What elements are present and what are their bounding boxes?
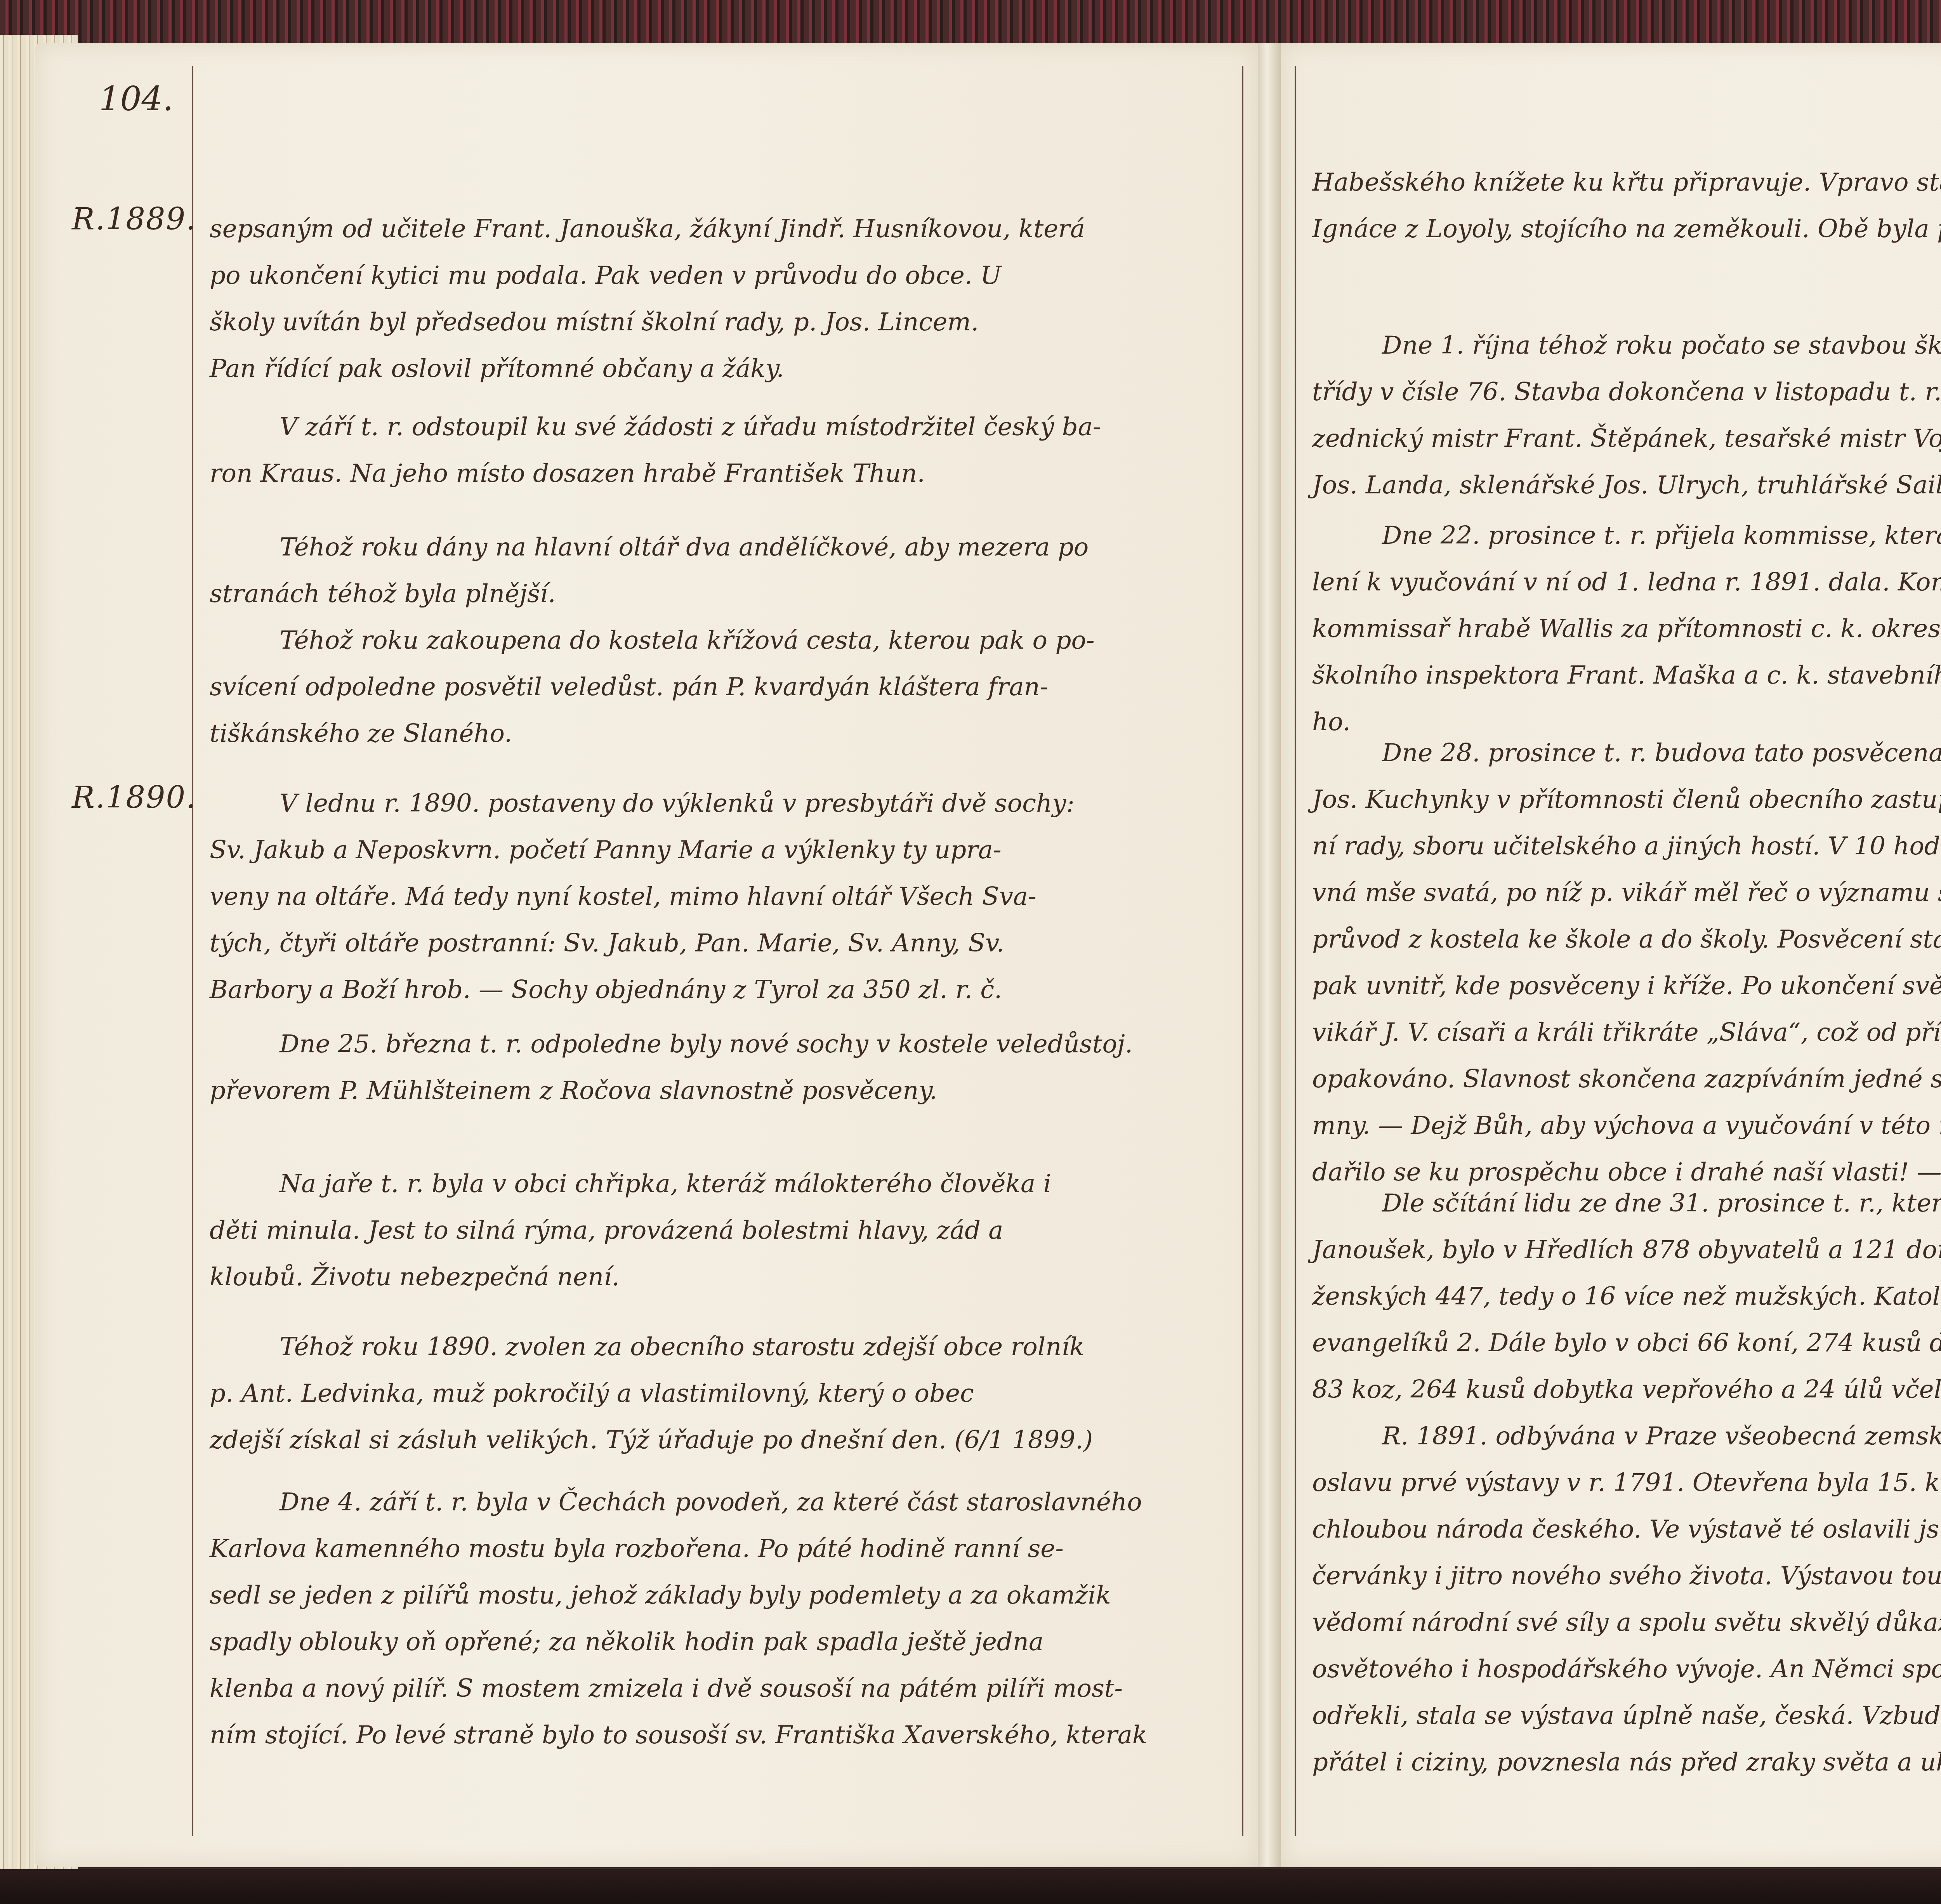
text-line: třídy v čísle 76. Stavba dokončena v lis…	[1312, 369, 1941, 415]
text-line: Dne 22. prosince t. r. přijela kommisse,…	[1312, 512, 1941, 559]
text-line: ní rady, sboru učitelského a jiných host…	[1312, 823, 1941, 870]
margin-rule-line	[192, 66, 193, 1836]
handwritten-paragraph: Téhož roku dány na hlavní oltář dva andě…	[210, 524, 1089, 617]
text-line: 83 koz, 264 kusů dobytka vepřového a 24 …	[1312, 1366, 1941, 1413]
text-line: sedl se jeden z pilířů mostu, jehož zákl…	[210, 1572, 1148, 1619]
text-line: Janoušek, bylo v Hředlích 878 obyvatelů …	[1312, 1227, 1941, 1273]
text-line: lení k vyučování v ní od 1. ledna r. 189…	[1312, 559, 1941, 606]
text-line: opakováno. Slavnost skončena zazpíváním …	[1312, 1056, 1941, 1102]
text-line: spadly oblouky oň opřené; za několik hod…	[210, 1619, 1148, 1665]
handwritten-paragraph: V lednu r. 1890. postaveny do výklenků v…	[210, 780, 1075, 1013]
text-line: Dne 1. října téhož roku počato se stavbo…	[1312, 322, 1941, 369]
text-line: osvětového i hospodářského vývoje. An Ně…	[1312, 1646, 1941, 1692]
text-line: převorem P. Mühlšteinem z Ročova slavnos…	[210, 1067, 1133, 1114]
handwritten-paragraph: Dne 22. prosince t. r. přijela kommisse,…	[1312, 512, 1941, 745]
text-line: ženských 447, tedy o 16 více než mužskýc…	[1312, 1273, 1941, 1320]
text-line: školy uvítán byl předsedou místní školní…	[210, 299, 1085, 345]
text-line: Téhož roku 1890. zvolen za obecního star…	[210, 1324, 1093, 1370]
book-gutter	[1258, 43, 1281, 1867]
text-line: kommissař hrabě Wallis za přítomnosti c.…	[1312, 606, 1941, 652]
text-line: vědomí národní své síly a spolu světu sk…	[1312, 1599, 1941, 1646]
text-line: ním stojící. Po levé straně bylo to sous…	[210, 1712, 1148, 1758]
text-line: pak uvnitř, kde posvěceny i kříže. Po uk…	[1312, 963, 1941, 1009]
text-line: děti minula. Jest to silná rýma, prováze…	[210, 1207, 1051, 1254]
text-line: Sv. Jakub a Neposkvrn. početí Panny Mari…	[210, 827, 1075, 873]
text-line: Jos. Kuchynky v přítomnosti členů obecní…	[1312, 776, 1941, 823]
text-line: klenba a nový pilíř. S mostem zmizela i …	[210, 1665, 1148, 1712]
handwritten-paragraph: sepsaným od učitele Frant. Janouška, žák…	[210, 206, 1085, 392]
handwritten-paragraph: R. 1891. odbývána v Praze všeobecná zems…	[1312, 1413, 1941, 1786]
text-line: po ukončení kytici mu podala. Pak veden …	[210, 252, 1085, 299]
text-line: evangelíků 2. Dále bylo v obci 66 koní, …	[1312, 1320, 1941, 1366]
text-line: chloubou národa českého. Ve výstavě té o…	[1312, 1506, 1941, 1553]
handwritten-paragraph: Dne 28. prosince t. r. budova tato posvě…	[1312, 730, 1941, 1196]
left-rule-line	[1295, 66, 1296, 1836]
text-line: svícení odpoledne posvětil veledůst. pán…	[210, 664, 1095, 710]
text-line: ron Kraus. Na jeho místo dosazen hrabě F…	[210, 450, 1101, 497]
text-line: kloubů. Životu nebezpečná není.	[210, 1254, 1051, 1300]
text-line: zednický mistr Frant. Štěpánek, tesařské…	[1312, 415, 1941, 462]
text-line: Na jaře t. r. byla v obci chřipka, která…	[210, 1161, 1051, 1207]
text-line: V lednu r. 1890. postaveny do výklenků v…	[210, 780, 1075, 827]
text-line: tých, čtyři oltáře postranní: Sv. Jakub,…	[210, 920, 1075, 967]
text-line: V září t. r. odstoupil ku své žádosti z …	[210, 404, 1101, 450]
left-page: 104. R.1889.R.1890. sepsaným od učitele …	[35, 43, 1258, 1867]
handwritten-paragraph: Na jaře t. r. byla v obci chřipka, která…	[210, 1161, 1051, 1300]
page-number: 104.	[99, 80, 173, 118]
text-line: Pan řídící pak oslovil přítomné občany a…	[210, 345, 1085, 392]
text-line: červánky i jitro nového svého života. Vý…	[1312, 1553, 1941, 1599]
text-line: Habešského knížete ku křtu připravuje. V…	[1312, 159, 1941, 206]
book-binding-bottom	[0, 1869, 1941, 1904]
text-line: průvod z kostela ke škole a do školy. Po…	[1312, 916, 1941, 963]
text-line: Barbory a Boží hrob. — Sochy objednány z…	[210, 967, 1075, 1013]
text-line: vná mše svatá, po níž p. vikář měl řeč o…	[1312, 870, 1941, 916]
text-line: Ignáce z Loyoly, stojícího na zeměkouli.…	[1312, 206, 1941, 252]
text-line: p. Ant. Ledvinka, muž pokročilý a vlasti…	[210, 1370, 1093, 1417]
handwritten-paragraph: Dle sčítání lidu ze dne 31. prosince t. …	[1312, 1180, 1941, 1413]
text-line: školního inspektora Frant. Maška a c. k.…	[1312, 652, 1941, 699]
right-rule-line	[1242, 66, 1243, 1836]
text-line: veny na oltáře. Má tedy nyní kostel, mim…	[210, 873, 1075, 920]
text-line: Karlova kamenného mostu byla rozbořena. …	[210, 1526, 1148, 1572]
text-line: Téhož roku dány na hlavní oltář dva andě…	[210, 524, 1089, 571]
text-line: přátel i ciziny, povznesla nás před zrak…	[1312, 1739, 1941, 1786]
margin-year-label: R.1889.	[72, 202, 196, 237]
handwritten-paragraph: Téhož roku zakoupena do kostela křížová …	[210, 617, 1095, 757]
handwritten-paragraph: Habešského knížete ku křtu připravuje. V…	[1312, 159, 1941, 252]
text-line: oslavu prvé výstavy v r. 1791. Otevřena …	[1312, 1460, 1941, 1506]
text-line: Téhož roku zakoupena do kostela křížová …	[210, 617, 1095, 664]
text-line: tiškánského ze Slaného.	[210, 710, 1095, 757]
book-binding-top	[0, 0, 1941, 47]
text-line: sepsaným od učitele Frant. Janouška, žák…	[210, 206, 1085, 252]
handwritten-paragraph: Dne 4. září t. r. byla v Čechách povodeň…	[210, 1479, 1148, 1758]
text-line: mny. — Dejž Bůh, aby výchova a vyučování…	[1312, 1102, 1941, 1149]
text-line: stranách téhož byla plnější.	[210, 571, 1089, 617]
text-line: R. 1891. odbývána v Praze všeobecná zems…	[1312, 1413, 1941, 1460]
text-line: Dne 25. března t. r. odpoledne byly nové…	[210, 1021, 1133, 1067]
margin-year-label: R.1890.	[72, 780, 196, 815]
text-line: vikář J. V. císaři a králi třikráte „Slá…	[1312, 1009, 1941, 1056]
text-line: Dne 28. prosince t. r. budova tato posvě…	[1312, 730, 1941, 776]
handwritten-paragraph: Téhož roku 1890. zvolen za obecního star…	[210, 1324, 1093, 1463]
handwritten-paragraph: Dne 1. října téhož roku počato se stavbo…	[1312, 322, 1941, 509]
text-line: Dle sčítání lidu ze dne 31. prosince t. …	[1312, 1180, 1941, 1227]
text-line: zdejší získal si zásluh velikých. Týž úř…	[210, 1417, 1093, 1463]
right-page: 105. R.1890.R.1891. Habešského knížete k…	[1281, 43, 1941, 1867]
text-line: Jos. Landa, sklenářské Jos. Ulrych, truh…	[1312, 462, 1941, 509]
text-line: odřekli, stala se výstava úplně naše, če…	[1312, 1692, 1941, 1739]
handwritten-paragraph: V září t. r. odstoupil ku své žádosti z …	[210, 404, 1101, 497]
text-line: Dne 4. září t. r. byla v Čechách povodeň…	[210, 1479, 1148, 1526]
handwritten-paragraph: Dne 25. března t. r. odpoledne byly nové…	[210, 1021, 1133, 1114]
